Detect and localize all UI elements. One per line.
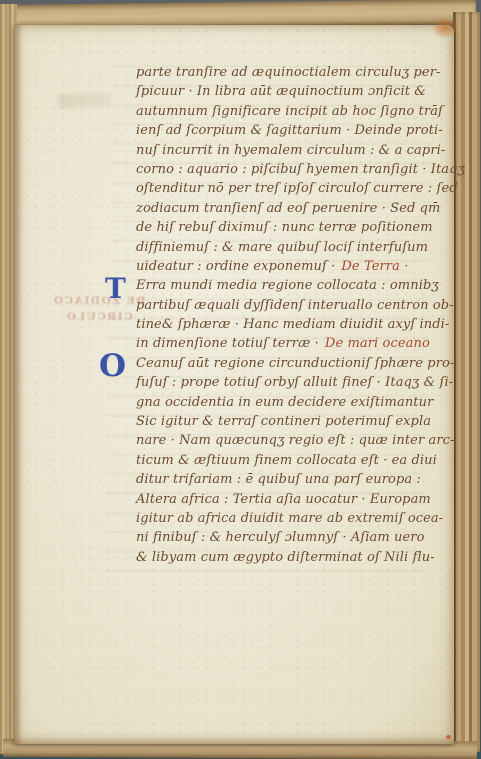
manuscript-photo: DE ZODIACO CIRCULO T O parte tranſire ad… <box>0 0 481 759</box>
bleedthrough-line-1: DE ZODIACO <box>52 294 146 310</box>
bleedthrough-line-2: CIRCULO <box>52 310 146 326</box>
corner-stain <box>433 18 457 38</box>
manuscript-line: Erra mundi media regione collocata : omn… <box>136 276 465 295</box>
manuscript-line: igitur ab africa diuidit mare ab extremi… <box>136 509 465 528</box>
drop-initial-t: T <box>105 272 126 305</box>
manuscript-line-text: in dimenſione totiuſ terræ · <box>136 336 319 351</box>
manuscript-line: tine& ſphæræ · Hanc mediam diuidit axyſ … <box>136 315 465 334</box>
gutter-shadow <box>14 25 23 744</box>
manuscript-line: in dimenſione totiuſ terræ ·De mari ocea… <box>136 334 465 353</box>
manuscript-line: uideatur : ordine exponemuſ ·De Terra · <box>136 257 465 276</box>
text-block: parte tranſire ad æquinoctialem circuluʒ… <box>136 63 465 567</box>
marginal-ghost-mark <box>58 92 112 109</box>
rubric-de-terra: De Terra · <box>341 259 408 274</box>
manuscript-line: autumnum ſignificare incipit ab hoc ſign… <box>136 102 465 121</box>
manuscript-line: parte tranſire ad æquinoctialem circuluʒ… <box>136 63 465 82</box>
parchment-page: DE ZODIACO CIRCULO T O parte tranſire ad… <box>14 25 454 744</box>
manuscript-line: nuſ incurrit in hyemalem circulum : & a … <box>136 141 465 160</box>
manuscript-line: ni finibuſ : & herculyſ ɔlumnyſ · Aſiam … <box>136 528 465 547</box>
manuscript-line: fuſuſ : prope totiuſ orbyſ alluit fineſ … <box>136 373 465 392</box>
manuscript-line: diffiniemuſ : & mare quibuſ lociſ interf… <box>136 238 465 257</box>
manuscript-line: zodiacum tranſienſ ad eoſ peruenire · Se… <box>136 199 465 218</box>
drop-initial-o: O <box>99 348 126 384</box>
manuscript-line: & libyam cum ægypto diſterminat oſ Nili … <box>136 548 465 567</box>
rubric-de-mari-oceano: De mari oceano <box>325 336 430 351</box>
manuscript-line: corno : aquario : piſcibuſ hyemen tranſi… <box>136 160 465 179</box>
ink-speck <box>446 735 451 739</box>
manuscript-line: Sic igitur & terraſ contineri poterimuſ … <box>136 412 465 431</box>
manuscript-line-text: uideatur : ordine exponemuſ · <box>136 259 335 274</box>
manuscript-line: nare · Nam quæcunqʒ regio eſt : quæ inte… <box>136 431 465 450</box>
manuscript-line: gna occidentia in eum decidere exiſtiman… <box>136 393 465 412</box>
bleedthrough-rubric-de-zodiaco: DE ZODIACO CIRCULO <box>52 294 146 325</box>
manuscript-line: de hiſ rebuſ diximuſ : nunc terræ poſiti… <box>136 218 465 237</box>
manuscript-line: ſpicuur · In libra aūt æquinoctium ɔnfic… <box>136 82 465 101</box>
manuscript-line: Ceanuſ aūt regione circunductioniſ ſphær… <box>136 354 465 373</box>
manuscript-line: ditur trifariam : ē quibuſ una parſ euro… <box>136 470 465 489</box>
manuscript-line: oſtenditur nō per treſ ipſoſ circuloſ cu… <box>136 179 465 198</box>
manuscript-line: ticum & æſtiuum finem collocata eſt · ea… <box>136 451 465 470</box>
manuscript-line: partibuſ æquali dyſſidenſ interuallo cen… <box>136 296 465 315</box>
manuscript-line: Altera africa : Tertia aſia uocatur · Eu… <box>136 490 465 509</box>
manuscript-line: ienſ ad ſcorpium & ſagittarium · Deinde … <box>136 121 465 140</box>
